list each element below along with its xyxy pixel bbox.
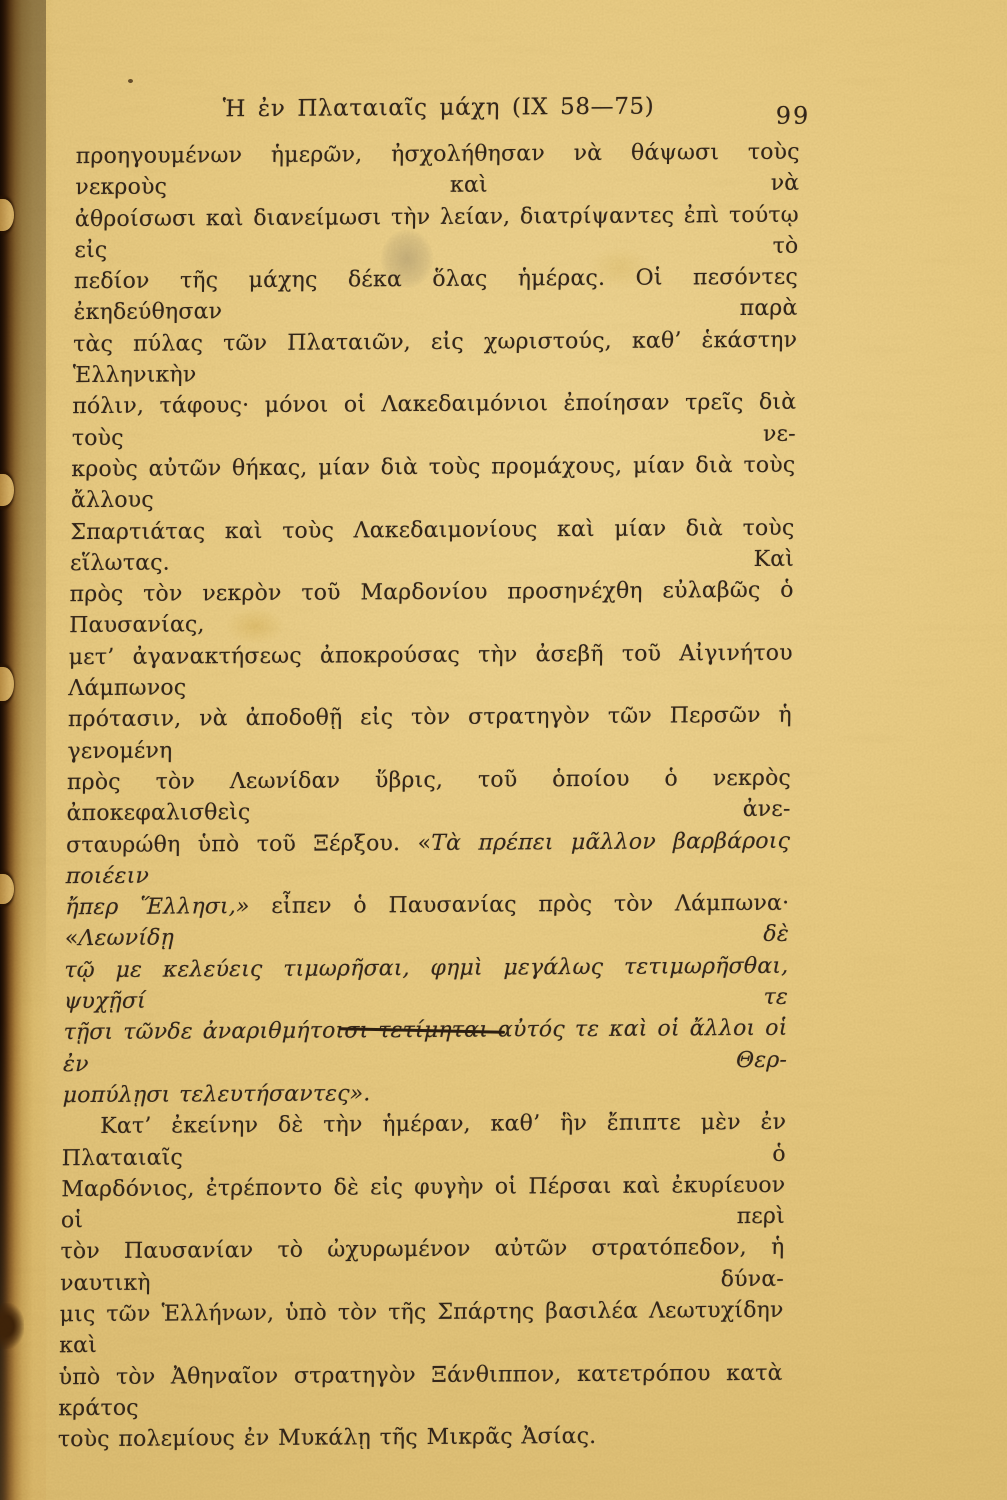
page-header: Ἡ ἐν Πλαταιαῖς μάχη (IX 58—75) 99 bbox=[76, 93, 800, 123]
text-line: κροὺς αὐτῶν θήκας, μίαν διὰ τοὺς προμάχο… bbox=[71, 450, 796, 517]
text-segment: πρὸς τὸν νεκρὸν τοῦ Μαρδονίου προσηνέχθη… bbox=[69, 578, 794, 639]
page-number: 99 bbox=[776, 102, 811, 130]
page-content: Ἡ ἐν Πλαταιαῖς μάχη (IX 58—75) 99 προηγο… bbox=[0, 0, 1007, 1500]
text-line: μις τῶν Ἑλλήνων, ὑπὸ τὸν τῆς Σπάρτης βασ… bbox=[59, 1295, 784, 1362]
text-segment: μετ’ ἀγανακτήσεως ἀποκρούσας τὴν ἀσεβῆ τ… bbox=[68, 640, 793, 701]
text-segment: πεδίον τῆς μάχης δέκα ὅλας ἡμέρας. Οἱ πε… bbox=[73, 265, 798, 326]
text-line: προηγουμένων ἡμερῶν, ἠσχολήθησαν νὰ θάψω… bbox=[75, 137, 800, 204]
text-line: πρὸς τὸν Λεωνίδαν ὕβρις, τοῦ ὁποίου ὁ νε… bbox=[66, 763, 791, 830]
text-line: μετ’ ἀγανακτήσεως ἀποκρούσας τὴν ἀσεβῆ τ… bbox=[68, 637, 793, 704]
text-line: τὸν Παυσανίαν τὸ ὠχυρωμένον αὐτῶν στρατό… bbox=[60, 1232, 785, 1299]
text-line: Σπαρτιάτας καὶ τοὺς Λακεδαιμονίους καὶ μ… bbox=[70, 512, 795, 579]
text-segment: Σπαρτιάτας καὶ τοὺς Λακεδαιμονίους καὶ μ… bbox=[70, 515, 795, 576]
text-segment: σταυρώθη ὑπὸ τοῦ Ξέρξου. « bbox=[66, 830, 431, 857]
quoted-italic-segment: τῇσι τῶνδε ἀναριθμήτοισι τετίμηται αὐτός… bbox=[63, 1016, 788, 1077]
book-page: Ἡ ἐν Πλαταιαῖς μάχη (IX 58—75) 99 προηγο… bbox=[0, 0, 1007, 1500]
page-title: Ἡ ἐν Πλαταιαῖς μάχη (IX 58—75) bbox=[222, 94, 654, 123]
text-line: σταυρώθη ὑπὸ τοῦ Ξέρξου. «Τὰ πρέπει μᾶλλ… bbox=[65, 825, 790, 892]
text-line: ἤπερ Ἕλλησι,» εἶπεν ὁ Παυσανίας πρὸς τὸν… bbox=[65, 888, 790, 955]
text-line: ὑπὸ τὸν Ἀθηναῖον στρατηγὸν Ξάνθιππον, κα… bbox=[58, 1357, 783, 1424]
text-line: Μαρδόνιος, ἐτρέποντο δὲ εἰς φυγὴν οἱ Πέρ… bbox=[61, 1170, 786, 1237]
text-line: πεδίον τῆς μάχης δέκα ὅλας ἡμέρας. Οἱ πε… bbox=[73, 262, 798, 329]
text-segment: τὸν Παυσανίαν τὸ ὠχυρωμένον αὐτῶν στρατό… bbox=[60, 1235, 785, 1296]
text-segment: προηγουμένων ἡμερῶν, ἠσχολήθησαν νὰ θάψω… bbox=[75, 140, 800, 201]
body-text: προηγουμένων ἡμερῶν, ἠσχολήθησαν νὰ θάψω… bbox=[58, 137, 800, 1456]
text-segment: ἀθροίσωσι καὶ διανείμωσι τὴν λείαν, διατ… bbox=[74, 202, 799, 263]
text-line: μοπύλῃσι τελευτήσαντες». bbox=[62, 1076, 786, 1112]
quoted-italic-segment: Λεωνίδῃ δὲ bbox=[78, 922, 789, 951]
text-line: πόλιν, τάφους· μόνοι οἱ Λακεδαιμόνιοι ἐπ… bbox=[72, 387, 797, 454]
text-line: τοὺς πολεμίους ἐν Μυκάλῃ τῆς Μικρᾶς Ἀσία… bbox=[58, 1420, 782, 1456]
text-segment: τὰς πύλας τῶν Πλαταιῶν, εἰς χωριστούς, κ… bbox=[73, 327, 798, 388]
text-segment: τοὺς πολεμίους ἐν Μυκάλῃ τῆς Μικρᾶς Ἀσία… bbox=[58, 1424, 597, 1452]
text-segment: μις τῶν Ἑλλήνων, ὑπὸ τὸν τῆς Σπάρτης βασ… bbox=[59, 1298, 784, 1359]
text-segment: πόλιν, τάφους· μόνοι οἱ Λακεδαιμόνιοι ἐπ… bbox=[72, 390, 797, 451]
text-line: τῇσι τῶνδε ἀναριθμήτοισι τετίμηται αὐτός… bbox=[63, 1013, 788, 1080]
text-line: πρότασιν, νὰ ἀποδοθῇ εἰς τὸν στρατηγὸν τ… bbox=[67, 700, 792, 767]
text-segment: Μαρδόνιος, ἐτρέποντο δὲ εἰς φυγὴν οἱ Πέρ… bbox=[61, 1173, 786, 1234]
text-line: τὰς πύλας τῶν Πλαταιῶν, εἰς χωριστούς, κ… bbox=[72, 324, 797, 391]
text-line: ἀθροίσωσι καὶ διανείμωσι τὴν λείαν, διατ… bbox=[74, 199, 799, 266]
quoted-italic-segment: τῷ με κελεύεις τιμωρῆσαι, φημὶ μεγάλως τ… bbox=[64, 953, 789, 1014]
text-segment: Κατ’ ἐκείνην δὲ τὴν ἡμέραν, καθ’ ἣν ἔπιπ… bbox=[62, 1110, 787, 1171]
text-line: τῷ με κελεύεις τιμωρῆσαι, φημὶ μεγάλως τ… bbox=[64, 950, 789, 1017]
text-segment: ὑπὸ τὸν Ἀθηναῖον στρατηγὸν Ξάνθιππον, κα… bbox=[58, 1360, 783, 1421]
text-line: πρὸς τὸν νεκρὸν τοῦ Μαρδονίου προσηνέχθη… bbox=[69, 575, 794, 642]
quoted-italic-segment: μοπύλῃσι τελευτήσαντες». bbox=[62, 1081, 370, 1108]
text-segment: κροὺς αὐτῶν θήκας, μίαν διὰ τοὺς προμάχο… bbox=[71, 453, 796, 514]
text-line: Κατ’ ἐκείνην δὲ τὴν ἡμέραν, καθ’ ἣν ἔπιπ… bbox=[62, 1107, 787, 1174]
text-segment: πρότασιν, νὰ ἀποδοθῇ εἰς τὸν στρατηγὸν τ… bbox=[67, 703, 792, 764]
quoted-italic-segment: ἤπερ Ἕλλησι,» bbox=[65, 894, 250, 920]
text-segment: πρὸς τὸν Λεωνίδαν ὕβρις, τοῦ ὁποίου ὁ νε… bbox=[66, 766, 791, 827]
